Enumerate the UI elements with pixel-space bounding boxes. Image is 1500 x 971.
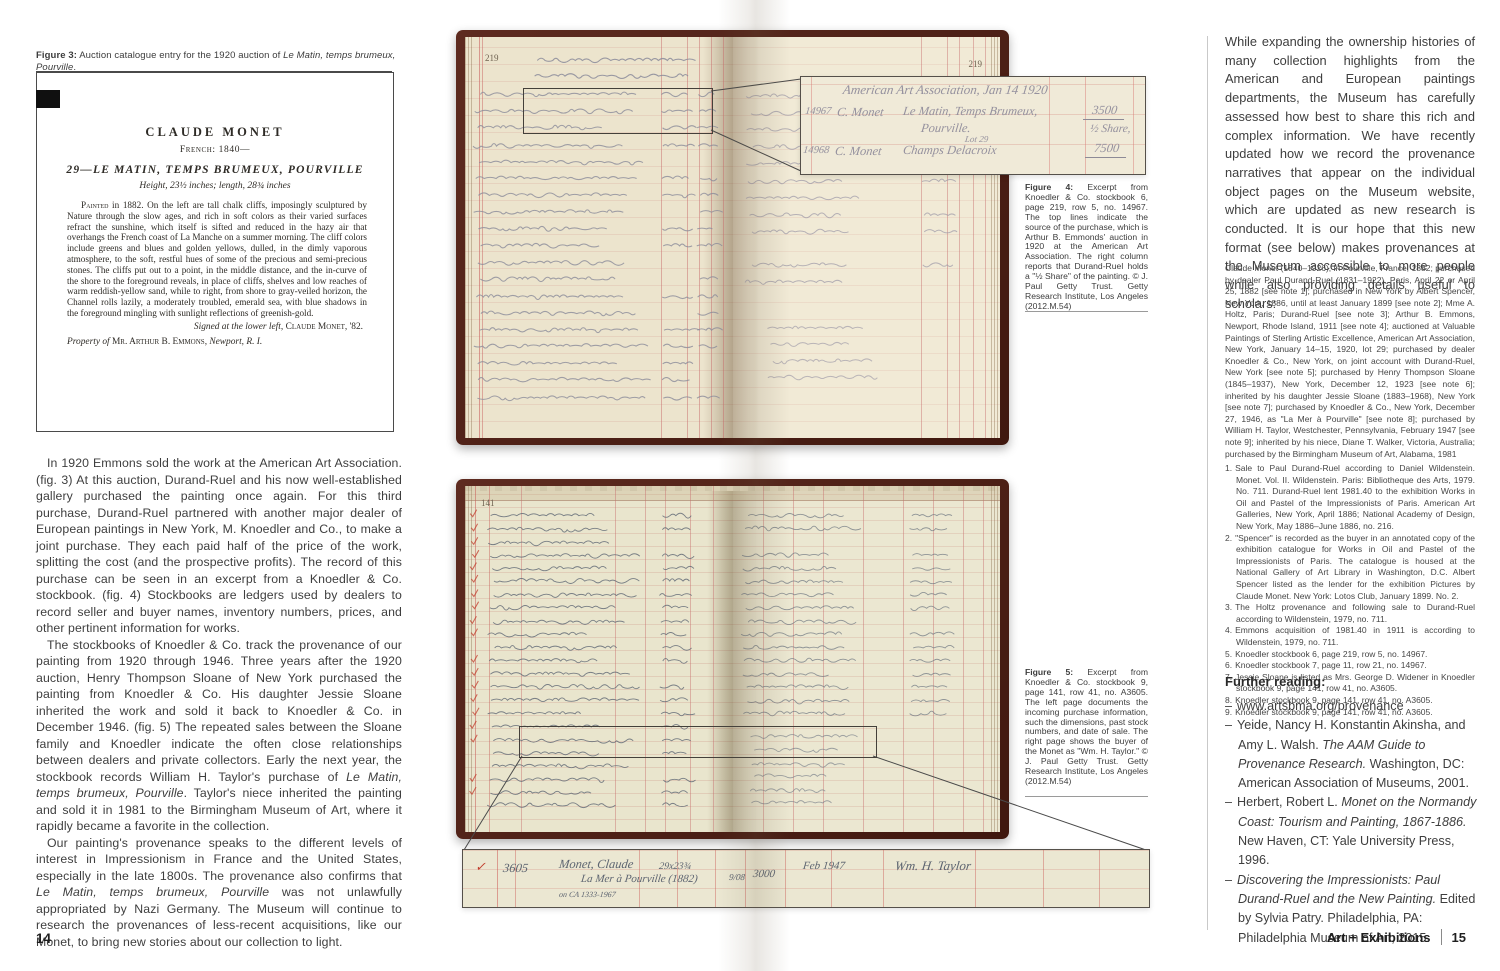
stockbook-bottom-pages: 141 [465, 486, 1000, 832]
ledger-vertical-rule [497, 850, 498, 907]
provenance-note: 3.The Holtz provenance and following sal… [1225, 602, 1475, 625]
ledger-vertical-rule [515, 850, 516, 907]
ledger-vertical-rule [811, 77, 812, 174]
left-page-number: 14 [36, 931, 51, 946]
reading-item: –Herbert, Robert L. Monet on the Normand… [1225, 793, 1477, 870]
catalogue-nationality: French: 1840— [37, 145, 393, 155]
provenance-note: 1.Sale to Paul Durand-Ruel according to … [1225, 463, 1475, 533]
ledger-note: on CA 1333-1967 [558, 890, 616, 899]
provenance-block: Claude Monet (1840–1926), in Pourville, … [1225, 263, 1475, 718]
catalogue-description: Painted in 1882. On the left are tall ch… [67, 200, 367, 319]
body-paragraph: In 1920 Emmons sold the work at the Amer… [36, 455, 402, 637]
handwriting-decoration [465, 486, 733, 832]
handwriting-decoration [733, 486, 1001, 832]
ledger-amount: 3000 [752, 868, 775, 880]
provenance-note: 2."Spencer" is recorded as the buyer in … [1225, 533, 1475, 603]
ledger-vertical-rule [745, 850, 746, 907]
figure4-caption-rule [1025, 311, 1148, 312]
provenance-note: 6.Knoedler stockbook 7, page 11, row 21,… [1225, 660, 1475, 672]
ledger-artist: C. Monet [836, 105, 884, 120]
magnifier-callout-bottom: ✓ 3605 Monet, Claude La Mer à Pourville … [462, 849, 1150, 908]
ledger-buyer: Wm. H. Taylor [894, 858, 972, 874]
provenance-note: 4.Emmons acquisition of 1981.40 in 1911 … [1225, 625, 1475, 648]
ledger-vertical-rule [785, 850, 786, 907]
ledger-half-share: ½ Share, [1089, 123, 1131, 135]
ledger-dimensions: 29x23¾ [658, 861, 691, 872]
right-page-number: 15 [1452, 930, 1466, 945]
stockbook-photo-bottom: 141 [456, 479, 1009, 839]
further-reading-heading: Further reading: [1225, 674, 1325, 689]
further-reading-list: –www.artsbma.org/provenance –Yeide, Nanc… [1225, 697, 1477, 948]
ledger-vertical-rule [975, 850, 976, 907]
ledger-stock-number: 14967 [804, 106, 832, 117]
ledger-vertical-rule [1049, 77, 1050, 174]
ledger-title: Le Matin, Temps Brumeux, [902, 104, 1038, 119]
auction-catalogue-excerpt: CLAUDE MONET French: 1840— 29—LE MATIN, … [36, 72, 394, 432]
magazine-spread: Figure 3: Auction catalogue entry for th… [0, 0, 1500, 971]
stockbook-bottom-right-page [733, 486, 1001, 832]
body-paragraph: The stockbooks of Knoedler & Co. track t… [36, 637, 402, 835]
figure5-caption-rule [1025, 796, 1148, 797]
ledger-title: Champs Delacroix [902, 143, 997, 158]
ledger-title: La Mer à Pourville (1882) [580, 873, 698, 885]
magnifier-callout-top: American Art Association, Jan 14 1920 14… [800, 76, 1146, 175]
ledger-date: Feb 1947 [802, 860, 845, 872]
provenance-text: Claude Monet (1840–1926), in Pourville, … [1225, 263, 1475, 460]
catalogue-lot-title: 29—LE MATIN, TEMPS BRUMEUX, POURVILLE [37, 164, 393, 176]
ledger-code: 9/08 [728, 872, 745, 882]
catalogue-artist: CLAUDE MONET [37, 125, 393, 140]
checkmark-icon: ✓ [475, 859, 486, 875]
ledger-vertical-rule [1043, 850, 1044, 907]
ledger-vertical-rule [715, 850, 716, 907]
column-rule [1207, 36, 1208, 930]
ledger-entry-header: American Art Association, Jan 14 1920 [842, 82, 1049, 98]
catalogue-signature-line: Signed at the lower left, Claude Monet, … [37, 322, 363, 332]
ledger-vertical-rule [883, 850, 884, 907]
left-page-body-text: In 1920 Emmons sold the work at the Amer… [36, 455, 402, 950]
ledger-stock-number: 14968 [802, 145, 830, 156]
magnified-region-outline-bottom [519, 726, 877, 758]
figure5-caption: Figure 5: Excerpt from Knoedler & Co. st… [1025, 668, 1148, 787]
ledger-amount: 3500 [1083, 103, 1126, 120]
section-title: Art + Exhibitions [1327, 930, 1431, 945]
reading-item: –Yeide, Nancy H. Konstantin Akinsha, and… [1225, 716, 1477, 793]
ledger-vertical-rule [1085, 77, 1086, 174]
reading-item: –www.artsbma.org/provenance [1225, 697, 1477, 716]
ledger-title-continued: Pourville. [920, 121, 971, 136]
black-tab-marker [36, 90, 60, 108]
magnified-region-outline-top [523, 88, 713, 134]
ledger-vertical-rule [1099, 850, 1100, 907]
body-paragraph: Our painting's provenance speaks to the … [36, 835, 402, 951]
ledger-artist: Monet, Claude [558, 857, 634, 872]
provenance-note: 5.Knoedler stockbook 6, page 219, row 5,… [1225, 649, 1475, 661]
catalogue-property-line: Property of Mr. Arthur B. Emmons, Newpor… [67, 337, 393, 347]
ledger-artist: C. Monet [834, 144, 882, 159]
ledger-vertical-rule [1133, 77, 1134, 174]
ledger-vertical-rule [831, 850, 832, 907]
stockbook-bottom-left-page: 141 [465, 486, 733, 832]
ledger-amount: 7500 [1085, 141, 1128, 158]
right-page-footer: Art + Exhibitions 15 [1327, 929, 1466, 945]
ledger-stock-number: 3605 [502, 861, 529, 876]
footer-divider [1441, 929, 1442, 945]
catalogue-dimensions: Height, 23½ inches; length, 28¾ inches [37, 181, 393, 191]
figure4-caption: Figure 4: Excerpt from Knoedler & Co. st… [1025, 183, 1148, 312]
